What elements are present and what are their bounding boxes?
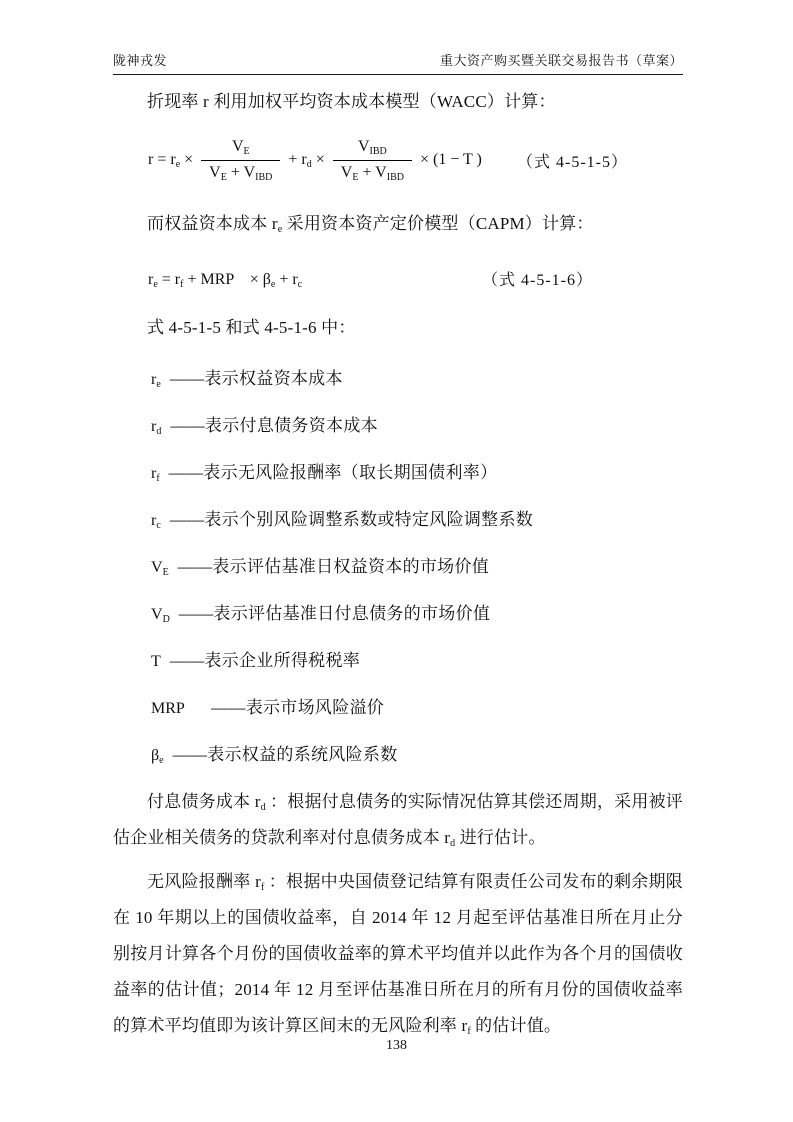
paragraph-capm-intro: 而权益资本成本 re 采用资本资产定价模型（CAPM）计算： xyxy=(113,209,683,239)
paragraph-debt-cost: 付息债务成本 rd ：根据付息债务的实际情况估算其偿还周期，采用被评估企业相关债… xyxy=(113,784,683,856)
definition-text: ——表示市场风险溢价 xyxy=(194,684,384,731)
list-item: rc ——表示个别风险调整系数或特定风险调整系数 xyxy=(151,496,683,543)
formula-wacc: r = re × VE VE + VIBD + rd × VIBD VE + V… xyxy=(148,129,683,191)
definition-text: ——表示权益资本成本 xyxy=(170,355,343,402)
definition-text: ——表示付息债务资本成本 xyxy=(170,402,378,449)
header-report-title: 重大资产购买暨关联交易报告书（草案） xyxy=(440,50,683,69)
list-item: MRP ——表示市场风险溢价 xyxy=(151,684,683,731)
symbol-t: T xyxy=(151,638,161,685)
formula-wacc-tail: × (1 − T ) xyxy=(420,151,482,169)
symbol-definition-list: re ——表示权益资本成本 rd ——表示付息债务资本成本 rf ——表示无风险… xyxy=(151,355,683,778)
paragraph-risk-free-rate: 无风险报酬率 rf ：根据中央国债登记结算有限责任公司发布的剩余期限在 10 年… xyxy=(113,864,683,1044)
symbol-re: re xyxy=(151,356,161,403)
symbol-vd: VD xyxy=(151,591,170,638)
document-page: 陇神戎发 重大资产购买暨关联交易报告书（草案） 折现率 r 利用加权平均资本成本… xyxy=(0,0,793,1122)
symbol-rd: rd xyxy=(151,403,161,450)
symbol-rf: rf xyxy=(151,450,160,497)
list-item: βe ——表示权益的系统风险系数 xyxy=(151,731,683,778)
definition-text: ——表示无风险报酬率（取长期国债利率） xyxy=(169,449,498,496)
list-item: VE ——表示评估基准日权益资本的市场价值 xyxy=(151,543,683,590)
symbol-beta: βe xyxy=(151,732,164,779)
symbol-rc: rc xyxy=(151,497,161,544)
list-item: rd ——表示付息债务资本成本 xyxy=(151,402,683,449)
equation-label-4-5-1-5: （式 4-5-1-5） xyxy=(517,149,628,172)
fraction-debt-numerator: VIBD xyxy=(350,138,395,160)
fraction-debt-denominator: VE + VIBD xyxy=(333,160,412,183)
formula-wacc-mid: + rd × xyxy=(288,151,324,170)
page-number: 138 xyxy=(0,1038,793,1054)
definition-text: ——表示评估基准日付息债务的市场价值 xyxy=(179,590,490,637)
definition-text: ——表示个别风险调整系数或特定风险调整系数 xyxy=(170,496,533,543)
list-item: T ——表示企业所得税税率 xyxy=(151,637,683,684)
equation-label-4-5-1-6: （式 4-5-1-6） xyxy=(482,267,593,290)
symbol-ve: VE xyxy=(151,544,169,591)
page-header: 陇神戎发 重大资产购买暨关联交易报告书（草案） xyxy=(113,50,683,75)
definition-text: ——表示评估基准日权益资本的市场价值 xyxy=(178,543,489,590)
paragraph-wacc-intro: 折现率 r 利用加权平均资本成本模型（WACC）计算： xyxy=(113,87,683,117)
list-item: re ——表示权益资本成本 xyxy=(151,355,683,402)
symbol-mrp: MRP xyxy=(151,685,185,732)
header-company-name: 陇神戎发 xyxy=(113,50,167,69)
fraction-equity-numerator: VE xyxy=(224,138,258,160)
list-item: rf ——表示无风险报酬率（取长期国债利率） xyxy=(151,449,683,496)
formula-wacc-lhs: r = re × xyxy=(148,151,193,170)
definition-text: ——表示权益的系统风险系数 xyxy=(173,731,398,778)
formula-capm: re = rf + MRP × βe + rc （式 4-5-1-6） xyxy=(148,263,683,293)
formula-capm-expression: re = rf + MRP × βe + rc xyxy=(148,266,302,290)
fraction-debt-weight: VIBD VE + VIBD xyxy=(333,138,412,183)
fraction-equity-weight: VE VE + VIBD xyxy=(201,138,280,183)
definition-text: ——表示企业所得税税率 xyxy=(170,637,360,684)
paragraph-defs-intro: 式 4-5-1-5 和式 4-5-1-6 中： xyxy=(113,313,683,343)
list-item: VD ——表示评估基准日付息债务的市场价值 xyxy=(151,590,683,637)
fraction-equity-denominator: VE + VIBD xyxy=(201,160,280,183)
